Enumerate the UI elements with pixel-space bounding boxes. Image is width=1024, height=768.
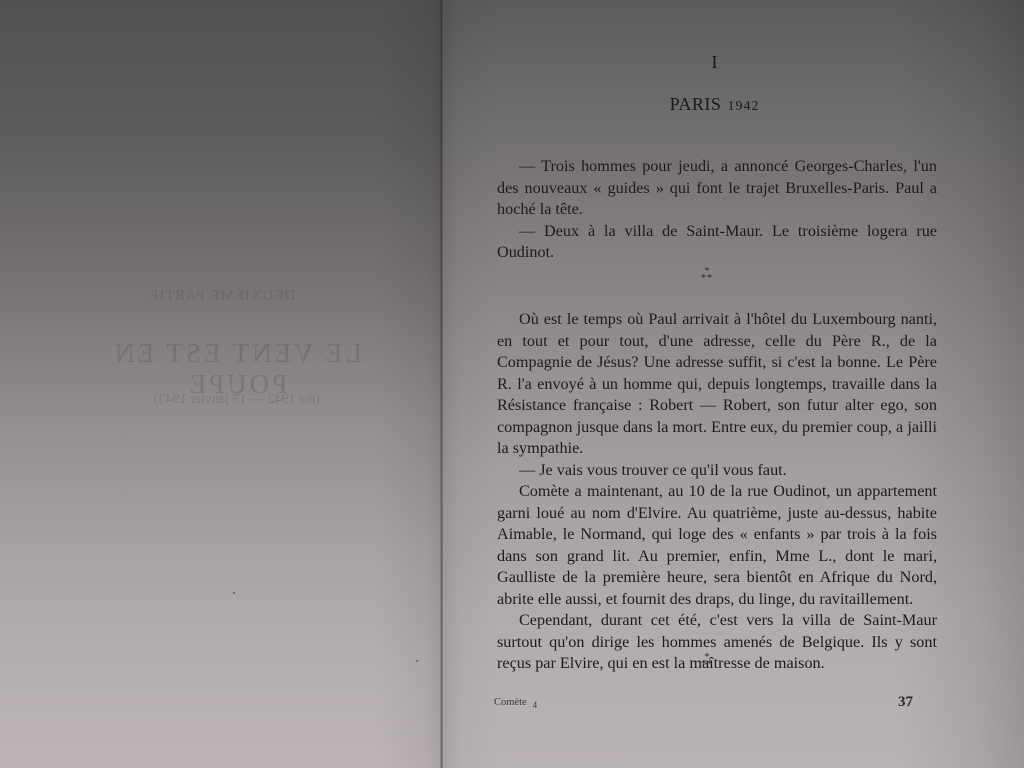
paragraph: — Trois hommes pour jeudi, a annoncé Geo…: [497, 156, 937, 221]
paper-speck: [592, 645, 594, 647]
bleed-through-text: Deuxième partie Le vent est en poupe (ét…: [0, 0, 442, 768]
paragraph: — Je vais vous trouver ce qu'il vous fau…: [497, 460, 937, 482]
paragraph: Comète a maintenant, au 10 de la rue Oud…: [497, 481, 937, 610]
page-number: 37: [898, 694, 913, 711]
asterism-ornament: * **: [442, 654, 972, 668]
chapter-title: PARIS1942: [442, 94, 987, 115]
bleed-dates: (été 1942 — 15 janvier 1943): [122, 392, 352, 408]
asterism-bottom: **: [442, 661, 972, 668]
section-1-text: — Trois hommes pour jeudi, a annoncé Geo…: [497, 156, 937, 264]
bleed-part-label: Deuxième partie: [72, 288, 372, 305]
printer-signature: Comète4: [494, 697, 537, 708]
asterism-bottom: **: [442, 275, 972, 282]
paragraph: — Deux à la villa de Saint-Maur. Le troi…: [497, 221, 937, 264]
signature-text: Comète: [494, 697, 527, 708]
paragraph: Où est le temps où Paul arrivait à l'hôt…: [497, 309, 937, 460]
paper-speck: [416, 660, 418, 662]
book-gutter: [440, 0, 443, 768]
asterism-ornament: * **: [442, 268, 972, 282]
paper-speck: [233, 592, 235, 594]
chapter-number: I: [442, 52, 987, 73]
bleed-part-title: Le vent est en poupe: [72, 338, 402, 400]
book-spread: Deuxième partie Le vent est en poupe (ét…: [0, 0, 1024, 768]
signature-number: 4: [533, 700, 538, 710]
chapter-year: 1942: [727, 99, 759, 114]
chapter-title-text: PARIS: [670, 94, 722, 114]
left-page: Deuxième partie Le vent est en poupe (ét…: [0, 0, 442, 768]
section-2-text: Où est le temps où Paul arrivait à l'hôt…: [497, 309, 937, 675]
